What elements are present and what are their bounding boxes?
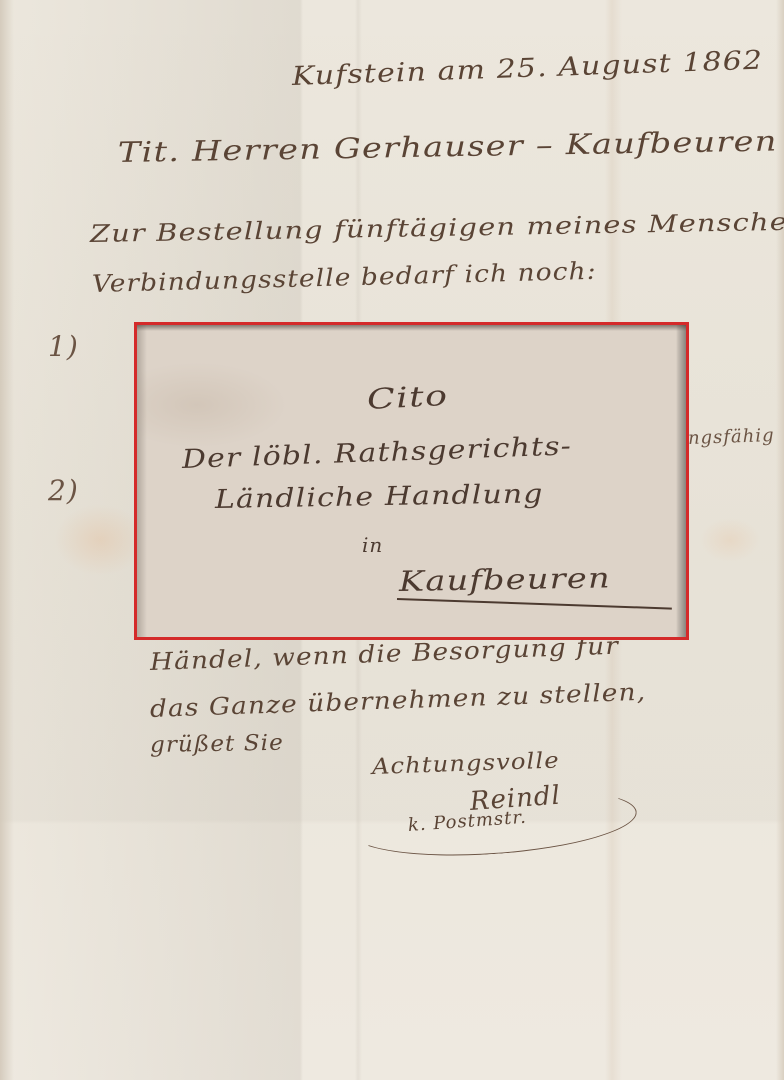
letter-body-line: Zur Bestellung fünftägigen meines Mensch… <box>90 207 784 248</box>
envelope-city: Kaufbeuren <box>399 561 611 598</box>
envelope-addressee-line-1: Der löbl. Rathsgerichts- <box>181 431 572 475</box>
letter-body-line: Verbindungsstelle bedarf ich noch: <box>92 257 597 298</box>
envelope-cito: Cito <box>366 379 449 416</box>
envelope-city-underline <box>397 598 672 610</box>
letter-body-line: grüßet Sie <box>150 731 284 758</box>
letter-margin-fragment: ngsfähig <box>688 425 775 449</box>
letter-closing: Achtungsvolle <box>372 748 561 780</box>
letter-paper: Kufstein am 25. August 1862 Tit. Herren … <box>0 0 784 1080</box>
list-marker-1: 1) <box>48 330 79 363</box>
envelope-addressee-line-2: Ländliche Handlung <box>215 479 544 515</box>
list-marker-2: 2) <box>48 474 79 507</box>
envelope-inset-image: Cito Der löbl. Rathsgerichts- Ländliche … <box>134 322 689 640</box>
paper-edge-left <box>0 0 14 1080</box>
envelope-in: in <box>362 533 383 557</box>
letter-body-line: das Ganze übernehmen zu stellen, <box>150 678 647 723</box>
letter-dateline: Kufstein am 25. August 1862 <box>291 46 763 92</box>
paper-edge-right <box>776 0 784 1080</box>
letter-salutation: Tit. Herren Gerhauser – Kaufbeuren <box>118 124 778 169</box>
